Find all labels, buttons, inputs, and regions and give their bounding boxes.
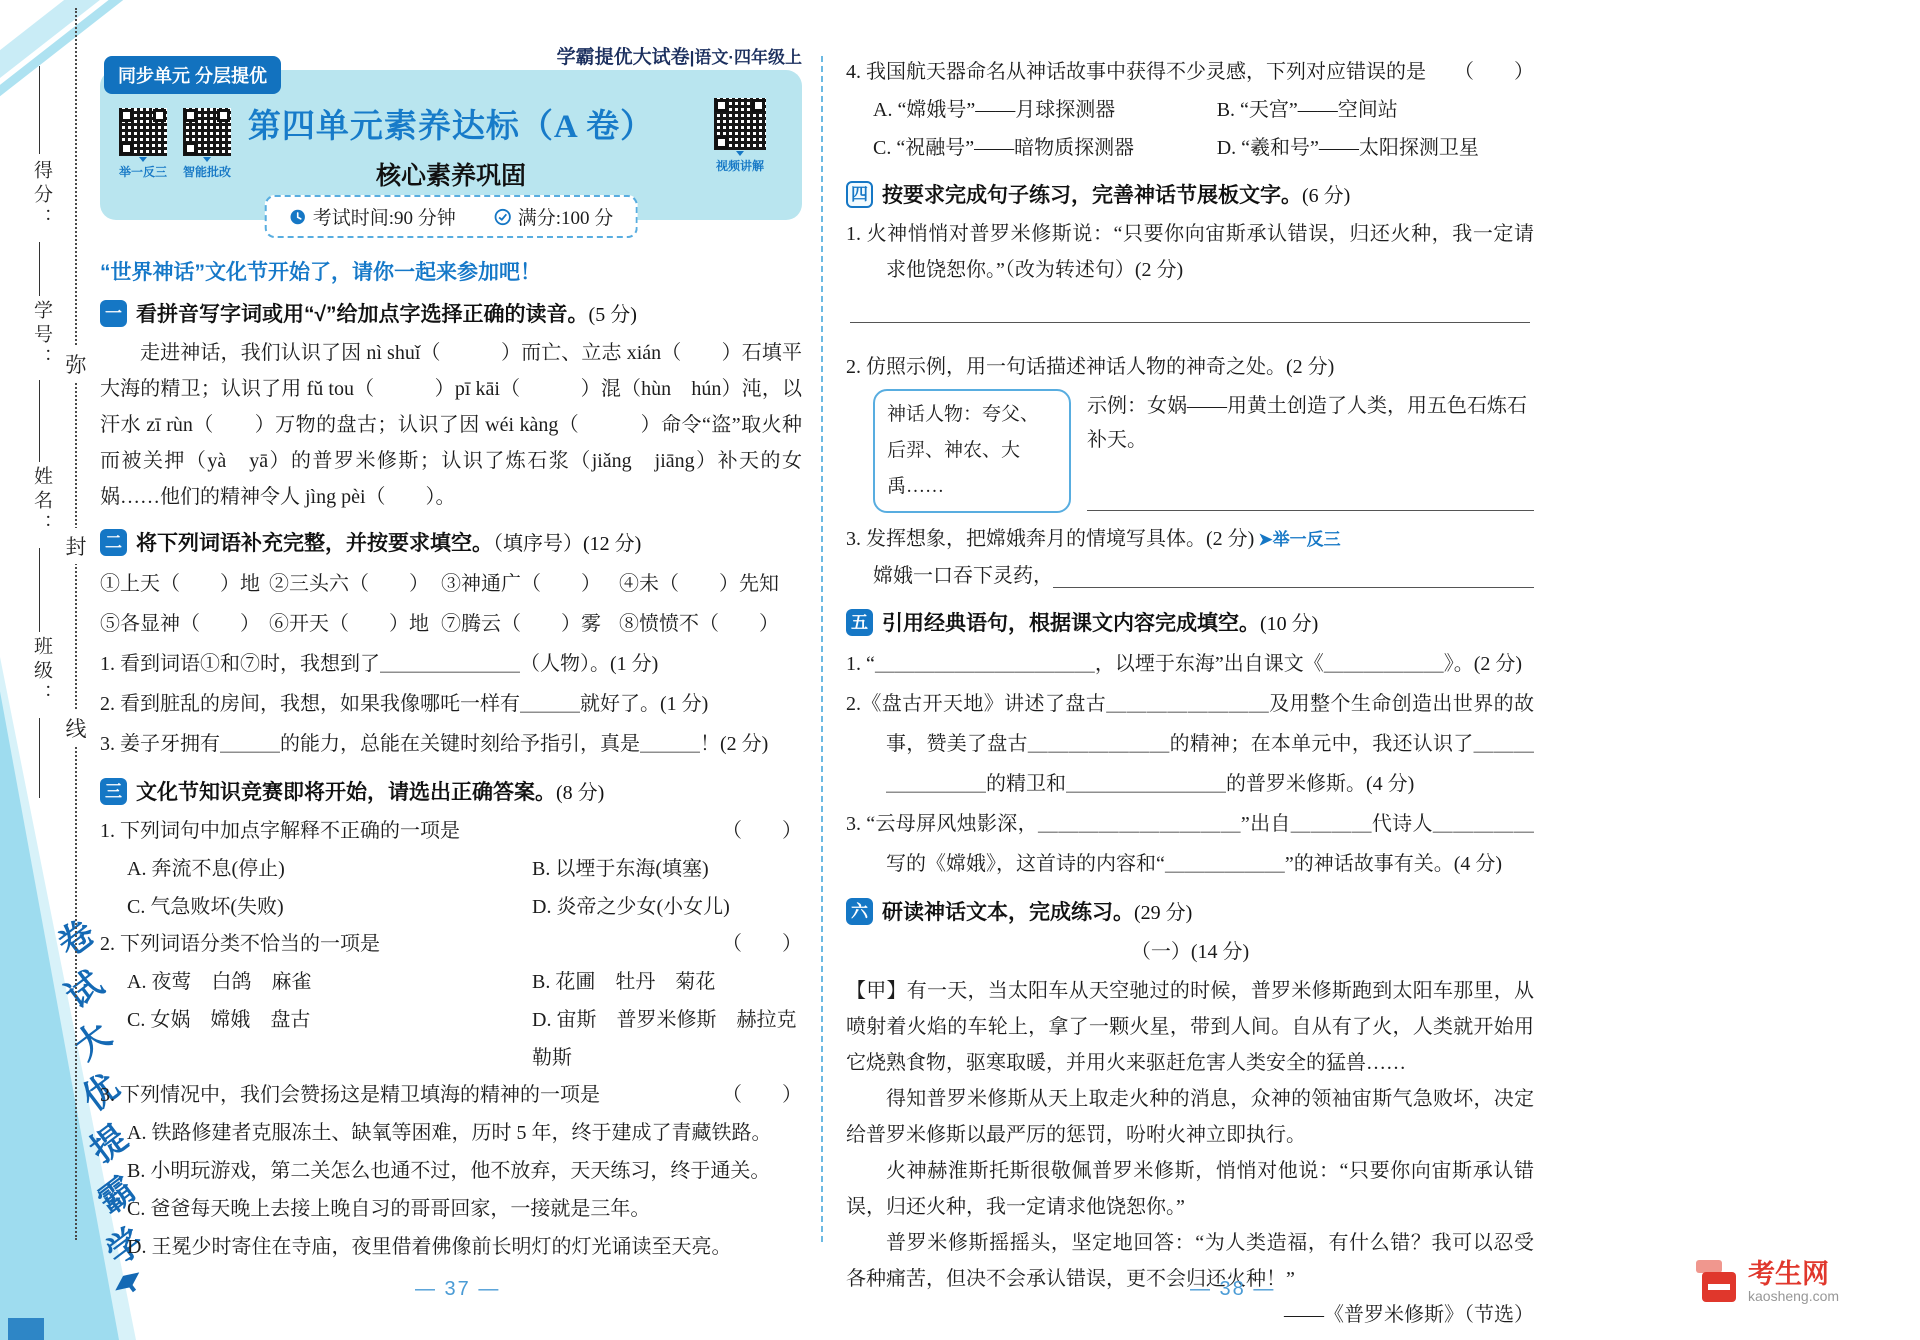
clock-icon (289, 208, 307, 226)
intro-line: “世界神话”文化节开始了，请你一起来参加吧！ (100, 256, 802, 286)
option: D. 炎帝之少女(小女儿) (532, 888, 802, 926)
exam-sheet-scan: 学霸提优大试卷 得分： 学号： 姓名： 班级： 弥 封 线 学霸提优大试卷|语文… (0, 0, 1920, 1340)
option: B. 以堙于东海(填塞) (532, 850, 802, 888)
section-1-passage: 走进神话，我们认识了因 nì shuǐ（ ）而亡、立志 xián（ ）石填平大海… (100, 335, 802, 515)
writing-line (39, 242, 40, 296)
class-label: 班级： (28, 636, 55, 708)
passage-part-label: （一）(14 分) (846, 933, 1534, 971)
passage-paragraph: 【甲】有一天，当太阳车从天空驰过的时候，普罗米修斯跑到太阳车那里，从喷射着火焰的… (846, 973, 1534, 1081)
option: C. “祝融号”——暗物质探测器 (873, 129, 1217, 167)
section-2-heading: 二 将下列词语补充完整，并按要求填空。（填序号）(12 分) (100, 527, 802, 557)
seal-fold-line (75, 8, 77, 1240)
section-5-badge: 五 (846, 609, 873, 636)
idiom-item: ⑤各显神（ ） (100, 604, 269, 644)
qr-group-left: 举一反三 智能批改 (116, 108, 234, 180)
answer-bracket: （ ） (722, 1077, 802, 1114)
option: C. 爸爸每天晚上去接上晚自习的哥哥回家，一接就是三年。 (127, 1190, 802, 1228)
page-column-divider (821, 56, 823, 1242)
passage-attribution: ——《普罗米修斯》（节选） (1244, 1297, 1534, 1333)
section-4-heading: 四 按要求完成句子练习，完善神话节展板文字。(6 分) (846, 179, 1534, 209)
site-watermark: 考生网 kaosheng.com (1694, 1258, 1839, 1306)
option: A. 夜莺 白鸽 麻雀 (127, 963, 532, 1001)
qr-code (183, 108, 231, 156)
exam-header-card: 同步单元 分层提优 举一反三 智能批改 第四单元素养达标（A 卷） 核心素养巩固… (100, 70, 802, 220)
idiom-item: ②三头六（ ） (269, 564, 441, 604)
reference-link: ➤举一反三 (1258, 530, 1340, 549)
qr-code (119, 108, 167, 156)
section-6-badge: 六 (846, 898, 873, 925)
question-stem: 1. 下列词句中加点字解释不正确的一项是（ ） (100, 813, 802, 850)
header-badge: 同步单元 分层提优 (104, 56, 281, 94)
watermark-site-url: kaosheng.com (1748, 1288, 1839, 1304)
left-page: 学霸提优大试卷|语文·四年级上 同步单元 分层提优 举一反三 智能批改 第四单元… (100, 42, 802, 1266)
answer-bracket: （ ） (1454, 54, 1534, 91)
qr-code (714, 98, 766, 150)
options-grid: A. 夜莺 白鸽 麻雀 B. 花圃 牡丹 菊花 C. 女娲 嫦娥 盘古 D. 宙… (100, 963, 802, 1077)
seal-char-feng: 封 (63, 528, 89, 564)
answer-line (850, 322, 1530, 323)
example-sentence: 示例：女娲——用黄土创造了人类，用五色石炼石补天。 (1087, 389, 1534, 457)
qr-group-right: 视频讲解 (708, 98, 772, 174)
options-grid: A. “嫦娥号”——月球探测器 B. “天宫”——空间站 C. “祝融号”——暗… (846, 91, 1534, 167)
kaosheng-logo-icon (1694, 1258, 1738, 1306)
writing-prompt-line: 嫦娥一口吞下灵药， (846, 558, 1534, 595)
options-grid: A. 奔流不息(停止) B. 以堙于东海(填塞) C. 气急败坏(失败) D. … (100, 850, 802, 926)
section-1-heading: 一 看拼音写字词或用“√”给加点字选择正确的读音。(5 分) (100, 298, 802, 328)
sentence-exercise-1: 1. 火神悄悄对普罗米修斯说：“只要你向宙斯承认错误，归还火种，我一定请求他饶恕… (846, 216, 1534, 288)
masthead-brand: 学霸提优大试卷|语文·四年级上 (557, 42, 802, 69)
qr-label: 智能批改 (180, 157, 234, 180)
option: B. 花圃 牡丹 菊花 (532, 963, 802, 1001)
idiom-item: ⑥开天（ ）地 (269, 604, 441, 644)
seal-char-xian: 线 (63, 710, 89, 746)
score-label: 得分： (28, 160, 55, 232)
qr-label: 举一反三 (116, 157, 170, 180)
section-1-badge: 一 (100, 300, 127, 327)
exam-time: 考试时间:90 分钟 (289, 203, 456, 230)
option: A. 铁路修建者克服冻土、缺氧等困难，历时 5 年，终于建成了青藏铁路。 (127, 1114, 802, 1152)
quote-fill-item: 3. “云母屏风烛影深，＿＿＿＿＿＿＿＿＿＿”出自＿＿＿＿代诗人＿＿＿＿＿写的《… (846, 804, 1534, 884)
question-stem: 3. 下列情况中，我们会赞扬这是精卫填海的精神的一项是（ ） (100, 1077, 802, 1114)
option: C. 女娲 嫦娥 盘古 (127, 1001, 532, 1077)
student-id-label: 学号： (28, 300, 55, 372)
name-label: 姓名： (28, 466, 55, 538)
answer-line (1053, 558, 1534, 588)
right-page: 4. 我国航天器命名从神话故事中获得不少灵感，下列对应错误的是（ ） A. “嫦… (846, 54, 1534, 1333)
sentence-exercise-2: 2. 仿照示例，用一句话描述神话人物的神奇之处。(2 分) (846, 349, 1534, 385)
idiom-item: ④未（ ）先知 (619, 564, 802, 604)
check-icon (494, 208, 512, 226)
page-number-left: — 37 — (415, 1278, 500, 1301)
watermark-site-name: 考生网 (1748, 1260, 1839, 1288)
option: D. “羲和号”——太阳探测卫星 (1217, 129, 1534, 167)
option: A. “嫦娥号”——月球探测器 (873, 91, 1217, 129)
seal-char-mi: 弥 (63, 346, 89, 382)
passage-paragraph: 火神赫淮斯托斯很敬佩普罗米修斯，悄悄对他说：“只要你向宙斯承认错误，归还火种，我… (846, 1153, 1534, 1225)
idiom-item: ③神通广（ ） (441, 564, 619, 604)
section-3-badge: 三 (100, 778, 127, 805)
idiom-grid: ①上天（ ）地 ②三头六（ ） ③神通广（ ） ④未（ ）先知 ⑤各显神（ ） … (100, 564, 802, 644)
option: D. 王冕少时寄住在寺庙，夜里借着佛像前长明灯的灯光诵读至天亮。 (127, 1228, 802, 1266)
brand-name: 学霸提优大试卷 (557, 47, 690, 68)
full-score: 满分:100 分 (494, 203, 614, 230)
option: B. 小明玩游戏，第二关怎么也通不过，他不放弃，天天练习，终于通关。 (127, 1152, 802, 1190)
section-6-heading: 六 研读神话文本，完成练习。(29 分) (846, 896, 1534, 926)
idiom-item: ⑦腾云（ ）雾 (441, 604, 619, 644)
option: D. 宙斯 普罗米修斯 赫拉克勒斯 (532, 1001, 802, 1077)
writing-line (39, 66, 40, 154)
sentence-exercise-3: 3. 发挥想象，把嫦娥奔月的情境写具体。(2 分)➤举一反三 (846, 521, 1534, 558)
idiom-item: ①上天（ ）地 (100, 564, 269, 604)
options-list: A. 铁路修建者克服冻土、缺氧等困难，历时 5 年，终于建成了青藏铁路。 B. … (100, 1114, 802, 1266)
fill-blank-item: 3. 姜子牙拥有＿＿＿的能力，总能在关键时刻给予指引，真是＿＿＿！(2 分) (100, 724, 802, 764)
fill-blank-item: 2. 看到脏乱的房间，我想，如果我像哪吒一样有＿＿＿就好了。(1 分) (100, 684, 802, 724)
section-4-badge: 四 (846, 181, 873, 208)
option: B. “天宫”——空间站 (1217, 91, 1534, 129)
answer-line (1087, 510, 1534, 511)
idiom-item: ⑧愤愤不（ ） (619, 604, 802, 644)
question-stem: 2. 下列词语分类不恰当的一项是（ ） (100, 926, 802, 963)
grad-cap-icon (111, 1267, 150, 1305)
example-row: 神话人物：夸父、后羿、神农、大禹…… 示例：女娲——用黄土创造了人类，用五色石炼… (846, 389, 1534, 513)
brand-suffix: |语文·四年级上 (690, 48, 802, 67)
section-2-badge: 二 (100, 529, 127, 556)
bottom-left-blue-square (8, 1318, 44, 1340)
writing-line (39, 380, 40, 462)
quote-fill-item: 2.《盘古开天地》讲述了盘古＿＿＿＿＿＿＿＿及用整个生命创造出世界的故事，赞美了… (846, 684, 1534, 804)
section-5-heading: 五 引用经典语句，根据课文内容完成填空。(10 分) (846, 607, 1534, 637)
exam-info-pill: 考试时间:90 分钟 满分:100 分 (265, 195, 638, 238)
fill-blank-item: 1. 看到词语①和⑦时，我想到了＿＿＿＿＿＿＿（人物）。(1 分) (100, 644, 802, 684)
option: A. 奔流不息(停止) (127, 850, 532, 888)
page-number-right: — 38 — (1190, 1278, 1275, 1301)
writing-line (39, 548, 40, 632)
option: C. 气急败坏(失败) (127, 888, 532, 926)
writing-line (39, 718, 40, 798)
question-stem: 4. 我国航天器命名从神话故事中获得不少灵感，下列对应错误的是（ ） (846, 54, 1534, 91)
answer-bracket: （ ） (722, 926, 802, 963)
qr-label: 视频讲解 (708, 151, 772, 174)
answer-bracket: （ ） (722, 813, 802, 850)
passage-paragraph: 得知普罗米修斯从天上取走火种的消息，众神的领袖宙斯气急败坏，决定给普罗米修斯以最… (846, 1081, 1534, 1153)
section-3-heading: 三 文化节知识竞赛即将开始，请选出正确答案。(8 分) (100, 776, 802, 806)
myth-characters-box: 神话人物：夸父、后羿、神农、大禹…… (873, 389, 1071, 513)
quote-fill-item: 1. “＿＿＿＿＿＿＿＿＿＿＿，以堙于东海”出自课文《＿＿＿＿＿＿》。(2 分) (846, 644, 1534, 684)
